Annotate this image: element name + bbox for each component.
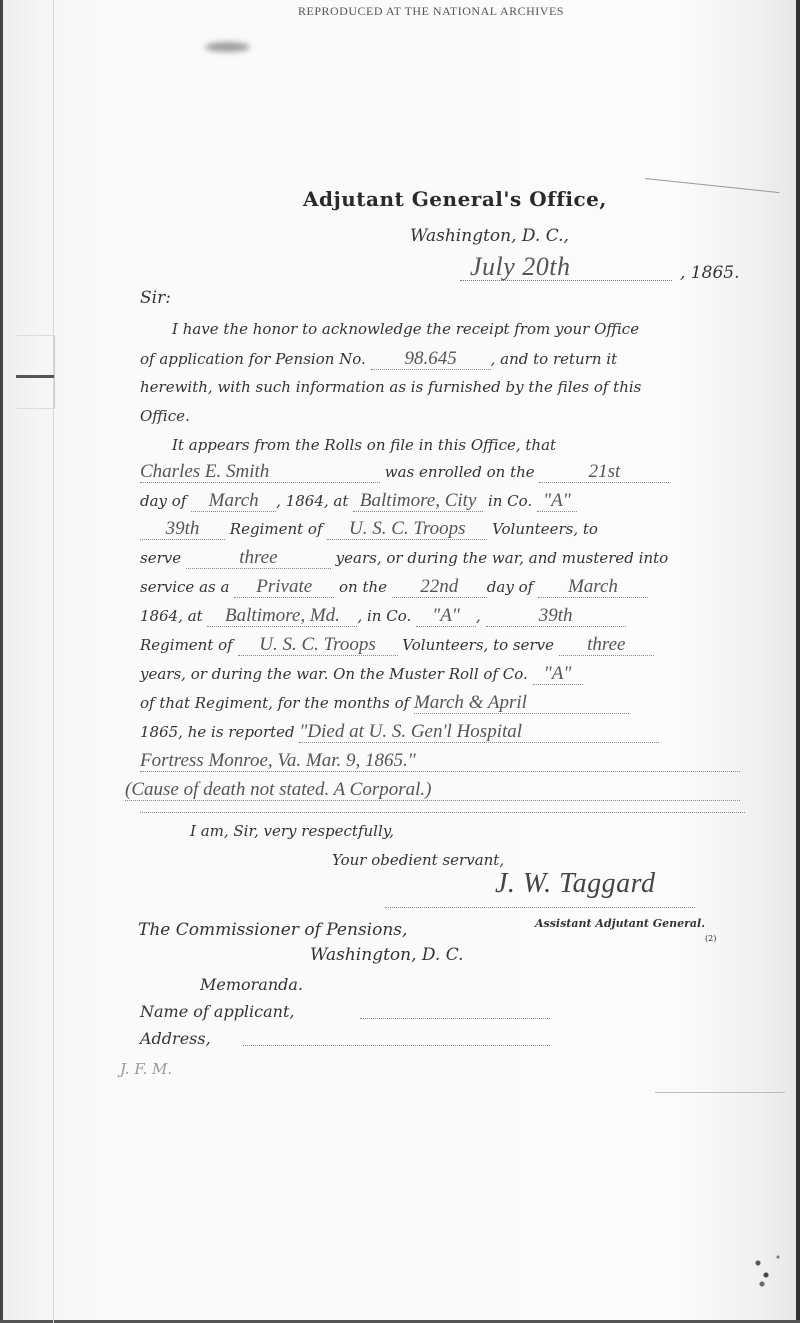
- report-text-1: "Died at U. S. Gen'l Hospital: [299, 722, 659, 743]
- address-rule: [243, 1045, 550, 1046]
- scan-edge-right: [796, 0, 800, 1323]
- memoranda-address-label: Address,: [140, 1029, 211, 1048]
- signature-rule: [385, 907, 695, 908]
- body-text: 1865, he is reported: [140, 723, 295, 741]
- archive-stamp: REPRODUCED AT THE NATIONAL ARCHIVES: [298, 4, 564, 19]
- addressee-line-1: The Commissioner of Pensions,: [138, 920, 407, 940]
- body-line: of that Regiment, for the months of Marc…: [140, 693, 629, 714]
- muster-place: Baltimore, Md.: [207, 606, 357, 627]
- company: "A": [537, 491, 577, 512]
- regiment-name-2: U. S. C. Troops: [238, 635, 398, 656]
- body-text: Volunteers, to: [492, 520, 598, 538]
- body-line: (Cause of death not stated. A Corporal.): [125, 780, 740, 801]
- applicant-name-rule: [360, 1018, 550, 1019]
- letter-date: July 20th: [470, 252, 571, 282]
- pension-number: 98.645: [371, 349, 491, 370]
- enrolled-day: 21st: [539, 462, 669, 483]
- body-line: 1865, he is reported "Died at U. S. Gen'…: [140, 722, 659, 743]
- document-page: REPRODUCED AT THE NATIONAL ARCHIVES Adju…: [0, 0, 800, 1323]
- body-text: in Co.: [488, 492, 532, 510]
- report-text-2: Fortress Monroe, Va. Mar. 9, 1865.": [140, 751, 740, 772]
- body-line: It appears from the Rolls on file in thi…: [172, 436, 556, 454]
- signature: J. W. Taggard: [495, 868, 656, 900]
- body-text: serve: [140, 549, 181, 567]
- letterhead-place: Washington, D. C.,: [410, 226, 569, 246]
- regiment-number: 39th: [140, 519, 225, 540]
- body-line: Charles E. Smith was enrolled on the 21s…: [140, 462, 669, 483]
- muster-month: March: [538, 577, 648, 598]
- form-number: (2): [705, 934, 716, 943]
- body-text: of that Regiment, for the months of: [140, 694, 409, 712]
- body-text: Regiment of: [230, 520, 323, 538]
- body-text: Regiment of: [140, 636, 233, 654]
- body-text: was enrolled on the: [385, 463, 535, 481]
- report-months: March & April: [414, 693, 629, 714]
- company-2: "A": [416, 606, 476, 627]
- paper-crease-top: [645, 178, 779, 193]
- body-line: Fortress Monroe, Va. Mar. 9, 1865.": [140, 751, 740, 772]
- body-text: service as a: [140, 578, 229, 596]
- body-text: years, or during the war. On the Muster …: [140, 665, 528, 683]
- body-text: , in Co.: [357, 607, 411, 625]
- body-text: years, or during the war, and mustered i…: [336, 549, 669, 567]
- body-line: I have the honor to acknowledge the rece…: [172, 320, 639, 338]
- term-of-service: three: [186, 548, 331, 569]
- memoranda-name-label: Name of applicant,: [140, 1002, 294, 1021]
- muster-day: 22nd: [392, 577, 487, 598]
- term-of-service-2: three: [559, 635, 654, 656]
- body-line: of application for Pension No. 98.645, a…: [140, 349, 617, 370]
- clerk-initials: J. F. M.: [120, 1060, 172, 1078]
- body-line: herewith, with such information as is fu…: [140, 378, 641, 396]
- ink-smudge: [205, 42, 250, 52]
- report-text-3: (Cause of death not stated. A Corporal.): [125, 780, 740, 801]
- addressee-line-2: Washington, D. C.: [310, 945, 464, 965]
- body-text: day of: [140, 492, 186, 510]
- body-line: service as a Private on the 22ndday of M…: [140, 577, 648, 598]
- enrolled-month: March: [191, 491, 276, 512]
- body-text: , 1864, at: [276, 492, 348, 510]
- closing-line-2: Your obedient servant,: [332, 851, 504, 869]
- body-line: Office.: [140, 407, 190, 425]
- signer-title: Assistant Adjutant General.: [535, 917, 705, 930]
- company-3: "A": [533, 664, 583, 685]
- memoranda-heading: Memoranda.: [200, 975, 303, 994]
- body-text: of application for Pension No.: [140, 350, 366, 368]
- fold-line: [53, 0, 54, 1323]
- blank-rule: [140, 812, 745, 813]
- body-line: Regiment of U. S. C. Troops Volunteers, …: [140, 635, 654, 656]
- scan-edge-left: [0, 0, 3, 1323]
- body-line: 1864, at Baltimore, Md., in Co. "A", 39t…: [140, 606, 626, 627]
- binding-mark: [16, 375, 54, 378]
- binding-tab: [16, 335, 55, 409]
- paper-crease-bottom: [655, 1092, 785, 1093]
- letterhead-office: Adjutant General's Office,: [303, 187, 607, 211]
- enrolled-place: Baltimore, City: [353, 491, 483, 512]
- regiment-name: U. S. C. Troops: [327, 519, 487, 540]
- body-line: years, or during the war. On the Muster …: [140, 664, 583, 685]
- letter-year: , 1865.: [680, 263, 739, 283]
- rank: Private: [234, 577, 334, 598]
- body-line: serve three years, or during the war, an…: [140, 548, 668, 569]
- body-text: on the: [339, 578, 387, 596]
- body-text: day of: [487, 578, 533, 596]
- body-text: , and to return it: [491, 350, 618, 368]
- salutation: Sir:: [140, 288, 171, 308]
- soldier-name: Charles E. Smith: [140, 462, 380, 483]
- regiment-number-2: 39th: [486, 606, 626, 627]
- closing-line-1: I am, Sir, very respectfully,: [190, 822, 394, 840]
- body-text: Volunteers, to serve: [402, 636, 554, 654]
- scan-speckles: [750, 1233, 790, 1293]
- body-text: 1864, at: [140, 607, 203, 625]
- body-line: day of March, 1864, at Baltimore, City i…: [140, 491, 577, 512]
- body-line: 39th Regiment of U. S. C. Troops Volunte…: [140, 519, 598, 540]
